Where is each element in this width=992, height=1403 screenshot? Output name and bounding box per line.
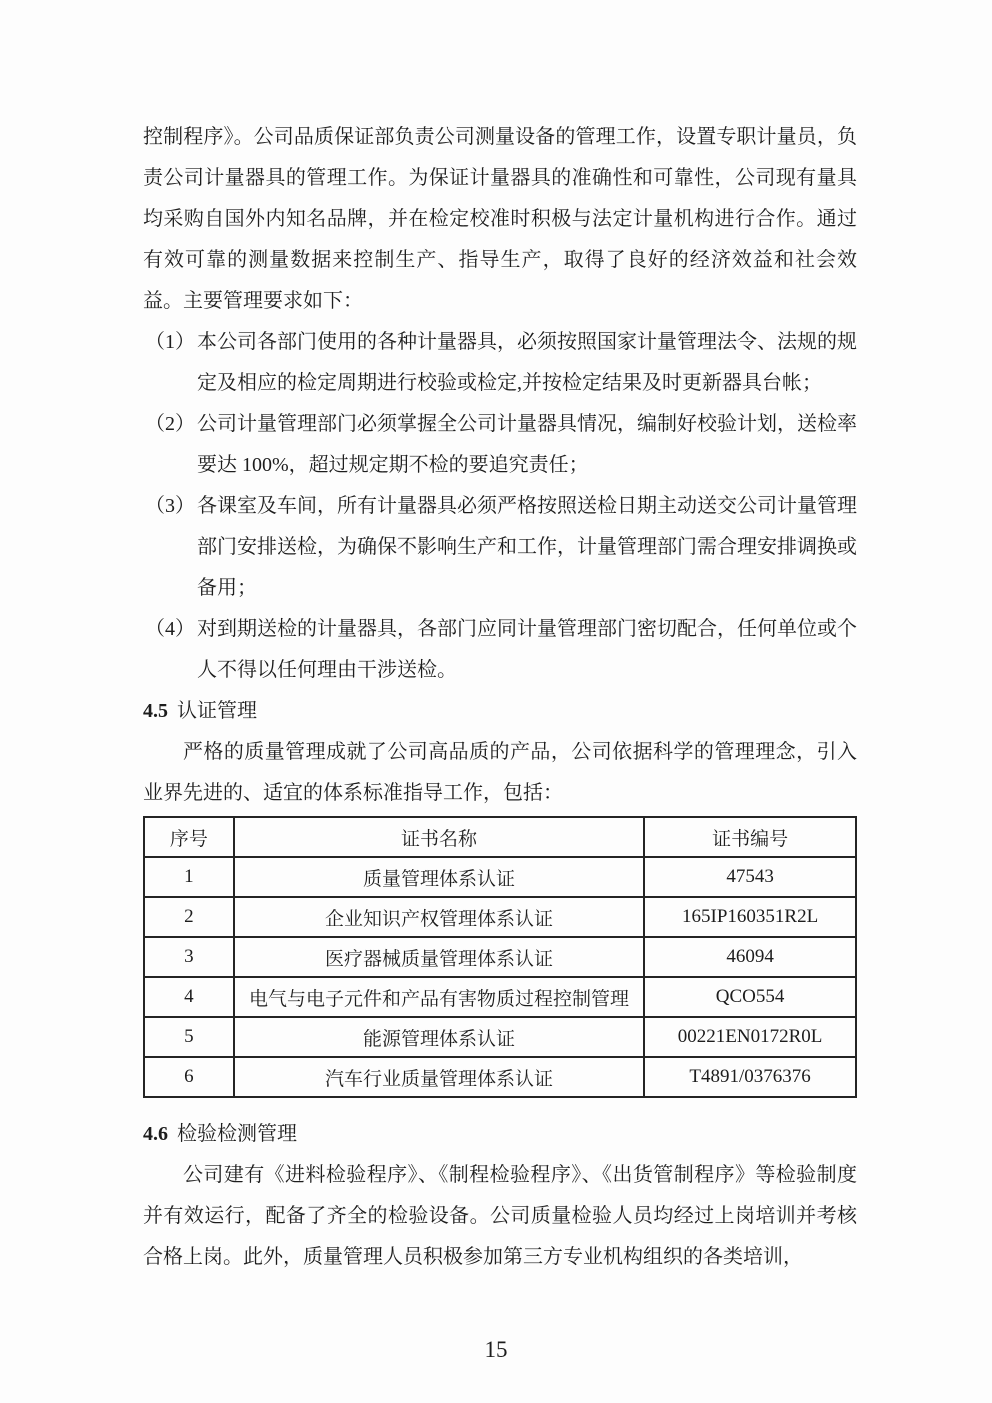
- table-cell-index: 3: [144, 937, 234, 977]
- table-cell-cert-number: 47543: [644, 857, 856, 897]
- list-item: （1） 本公司各部门使用的各种计量器具，必须按照国家计量管理法令、法规的规定及相…: [143, 322, 857, 404]
- table-cell-index: 1: [144, 857, 234, 897]
- table-cell-cert-name: 医疗器械质量管理体系认证: [234, 937, 644, 977]
- table-row: 1 质量管理体系认证 47543: [144, 857, 856, 897]
- table-cell-cert-number: 46094: [644, 937, 856, 977]
- table-header-row: 序号 证书名称 证书编号: [144, 817, 856, 857]
- list-item: （2） 公司计量管理部门必须掌握全公司计量器具情况，编制好校验计划，送检率要达 …: [143, 404, 857, 486]
- document-page: 控制程序》。公司品质保证部负责公司测量设备的管理工作，设置专职计量员，负责公司计…: [0, 0, 992, 1403]
- list-item-marker: （3）: [143, 486, 195, 609]
- section-heading-4-6: 4.6检验检测管理: [143, 1114, 857, 1155]
- list-item-marker: （1）: [143, 322, 195, 404]
- table-cell-index: 2: [144, 897, 234, 937]
- section-4-5-paragraph: 严格的质量管理成就了公司高品质的产品，公司依据科学的管理理念，引入业界先进的、适…: [143, 732, 857, 814]
- table-header-cell-index: 序号: [144, 817, 234, 857]
- list-item: （3） 各课室及车间，所有计量器具必须严格按照送检日期主动送交公司计量管理部门安…: [143, 486, 857, 609]
- table-row: 4 电气与电子元件和产品有害物质过程控制管理 QCO554: [144, 977, 856, 1017]
- table-cell-cert-name: 电气与电子元件和产品有害物质过程控制管理: [234, 977, 644, 1017]
- table-cell-cert-name: 质量管理体系认证: [234, 857, 644, 897]
- table-row: 3 医疗器械质量管理体系认证 46094: [144, 937, 856, 977]
- table-row: 6 汽车行业质量管理体系认证 T4891/0376376: [144, 1057, 856, 1097]
- intro-paragraph: 控制程序》。公司品质保证部负责公司测量设备的管理工作，设置专职计量员，负责公司计…: [143, 117, 857, 322]
- section-number: 4.5: [143, 700, 168, 722]
- table-cell-cert-number: 00221EN0172R0L: [644, 1017, 856, 1057]
- table-header-cell-cert-name: 证书名称: [234, 817, 644, 857]
- section-heading-4-5: 4.5认证管理: [143, 691, 857, 732]
- list-item-text: 本公司各部门使用的各种计量器具，必须按照国家计量管理法令、法规的规定及相应的检定…: [197, 322, 857, 404]
- table-cell-cert-number: T4891/0376376: [644, 1057, 856, 1097]
- list-item-text: 公司计量管理部门必须掌握全公司计量器具情况，编制好校验计划，送检率要达 100%…: [197, 404, 857, 486]
- table-cell-index: 5: [144, 1017, 234, 1057]
- table-cell-cert-number: 165IP160351R2L: [644, 897, 856, 937]
- table-cell-index: 4: [144, 977, 234, 1017]
- list-item-marker: （2）: [143, 404, 195, 486]
- section-title: 认证管理: [177, 700, 257, 722]
- section-4-6-paragraph: 公司建有《进料检验程序》、《制程检验程序》、《出货管制程序》等检验制度并有效运行…: [143, 1155, 857, 1278]
- list-item-text: 各课室及车间，所有计量器具必须严格按照送检日期主动送交公司计量管理部门安排送检，…: [197, 486, 857, 609]
- certificates-table: 序号 证书名称 证书编号 1 质量管理体系认证 47543 2 企业知识产权管理…: [143, 816, 857, 1098]
- table-cell-index: 6: [144, 1057, 234, 1097]
- table-row: 2 企业知识产权管理体系认证 165IP160351R2L: [144, 897, 856, 937]
- list-item: （4） 对到期送检的计量器具，各部门应同计量管理部门密切配合，任何单位或个人不得…: [143, 609, 857, 691]
- table-cell-cert-number: QCO554: [644, 977, 856, 1017]
- list-item-text: 对到期送检的计量器具，各部门应同计量管理部门密切配合，任何单位或个人不得以任何理…: [197, 609, 857, 691]
- section-title: 检验检测管理: [177, 1123, 297, 1145]
- table-header-cell-cert-number: 证书编号: [644, 817, 856, 857]
- page-number: 15: [0, 1337, 992, 1363]
- section-number: 4.6: [143, 1123, 168, 1145]
- requirements-list: （1） 本公司各部门使用的各种计量器具，必须按照国家计量管理法令、法规的规定及相…: [143, 322, 857, 691]
- table-cell-cert-name: 能源管理体系认证: [234, 1017, 644, 1057]
- list-item-marker: （4）: [143, 609, 195, 691]
- table-cell-cert-name: 汽车行业质量管理体系认证: [234, 1057, 644, 1097]
- table-row: 5 能源管理体系认证 00221EN0172R0L: [144, 1017, 856, 1057]
- table-cell-cert-name: 企业知识产权管理体系认证: [234, 897, 644, 937]
